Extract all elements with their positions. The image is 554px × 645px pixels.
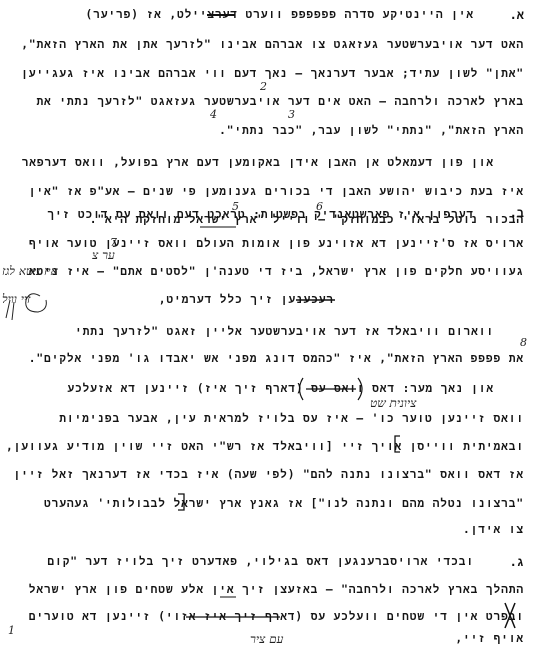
text-line: את פפפפ הארץ הזאת", איז "כהמס דונג מפני …	[29, 352, 524, 366]
text-line: אז דאס וואס "ברצונו נתנה להם" (לפי שעה) …	[14, 468, 524, 482]
handwritten-note: ציונית שט	[370, 396, 416, 411]
handwritten-note: 4	[210, 108, 217, 121]
handwritten-note: 3	[288, 108, 295, 121]
text-line: התהלך בארץ לארכה ולרחבה" – באזעצן זיך אי…	[29, 583, 524, 597]
section-marker-bet: ב.	[510, 206, 524, 221]
handwritten-note: ער צ	[92, 248, 115, 263]
handwritten-note: 2	[260, 80, 267, 93]
handwritten-margin-note: איז ניטא לגז	[2, 264, 58, 279]
text-line: ובכדי ארויסברענגען דאס בגילוי, פאדערט זי…	[47, 555, 474, 569]
text-line: אין היינטיקע סדרה פפפפפפ ווערט דערציילט,…	[85, 8, 474, 22]
text-line: הארץ הזאת", "נתתי" לשון עבר, "כבר נתתי".	[219, 124, 524, 138]
text-line: אויף זיי,	[455, 632, 524, 645]
handwritten-note: עם ציר	[250, 632, 283, 645]
text-line: געוויסע חלקים פון ארץ ישראל, ביז די טענה…	[29, 265, 524, 279]
handwritten-note: 1	[8, 624, 15, 637]
handwritten-note: 6	[316, 200, 323, 213]
text-line: און פון דעמאלט אן האבן אידן באקומען דעם …	[22, 156, 494, 170]
text-line: האט דער אויבערשטער געזאגט צו אברהם אבינו…	[21, 38, 524, 52]
text-line: בארץ לארכה ולרחבה – האט אים דער אויבערשט…	[36, 95, 524, 109]
text-line: צו אידן.	[463, 523, 524, 537]
text-line: "ברצונו נטלה מהם ונתנה לנו"] אז גאנץ ארץ…	[44, 497, 524, 511]
text-line: וואס זיינען טוער כו' – איז עס בלויז למרא…	[59, 412, 524, 426]
section-marker-gimel: ג.	[510, 555, 524, 570]
text-line: "אתן" לשון עתיד; אבער דערנאך – נאך דעם ו…	[21, 67, 524, 81]
text-line: און נאך מער: דאס וואס עס (דארף זיך איז) …	[67, 382, 494, 396]
handwritten-note: 8	[520, 336, 527, 349]
handwritten-note: 5	[232, 200, 239, 213]
text-line: רעכענען זיך כלל דערמיט,	[159, 293, 334, 307]
section-marker-alef: א.	[510, 8, 524, 23]
text-line: ובאמיתית ווייסן אויך זיי [וויבאלד אז רש"…	[6, 440, 524, 454]
text-line: דערפון איז פארשטאנדיק בפשטות: טראכט דעם …	[47, 208, 474, 222]
handwritten-margin-note: זיי וויל	[2, 292, 30, 307]
text-line: איז בעת כיבוש יהושע האבן די בכורים גענומ…	[29, 185, 524, 199]
text-line: ובפרט אין די שטחים וועלכע עס (דארף זיך א…	[29, 610, 524, 624]
scanned-manuscript-page: א. אין היינטיקע סדרה פפפפפפ ווערט דערציי…	[0, 0, 554, 645]
text-line: ווארום וויבאלד אז דער אויבערשטער אליין ז…	[75, 325, 494, 339]
